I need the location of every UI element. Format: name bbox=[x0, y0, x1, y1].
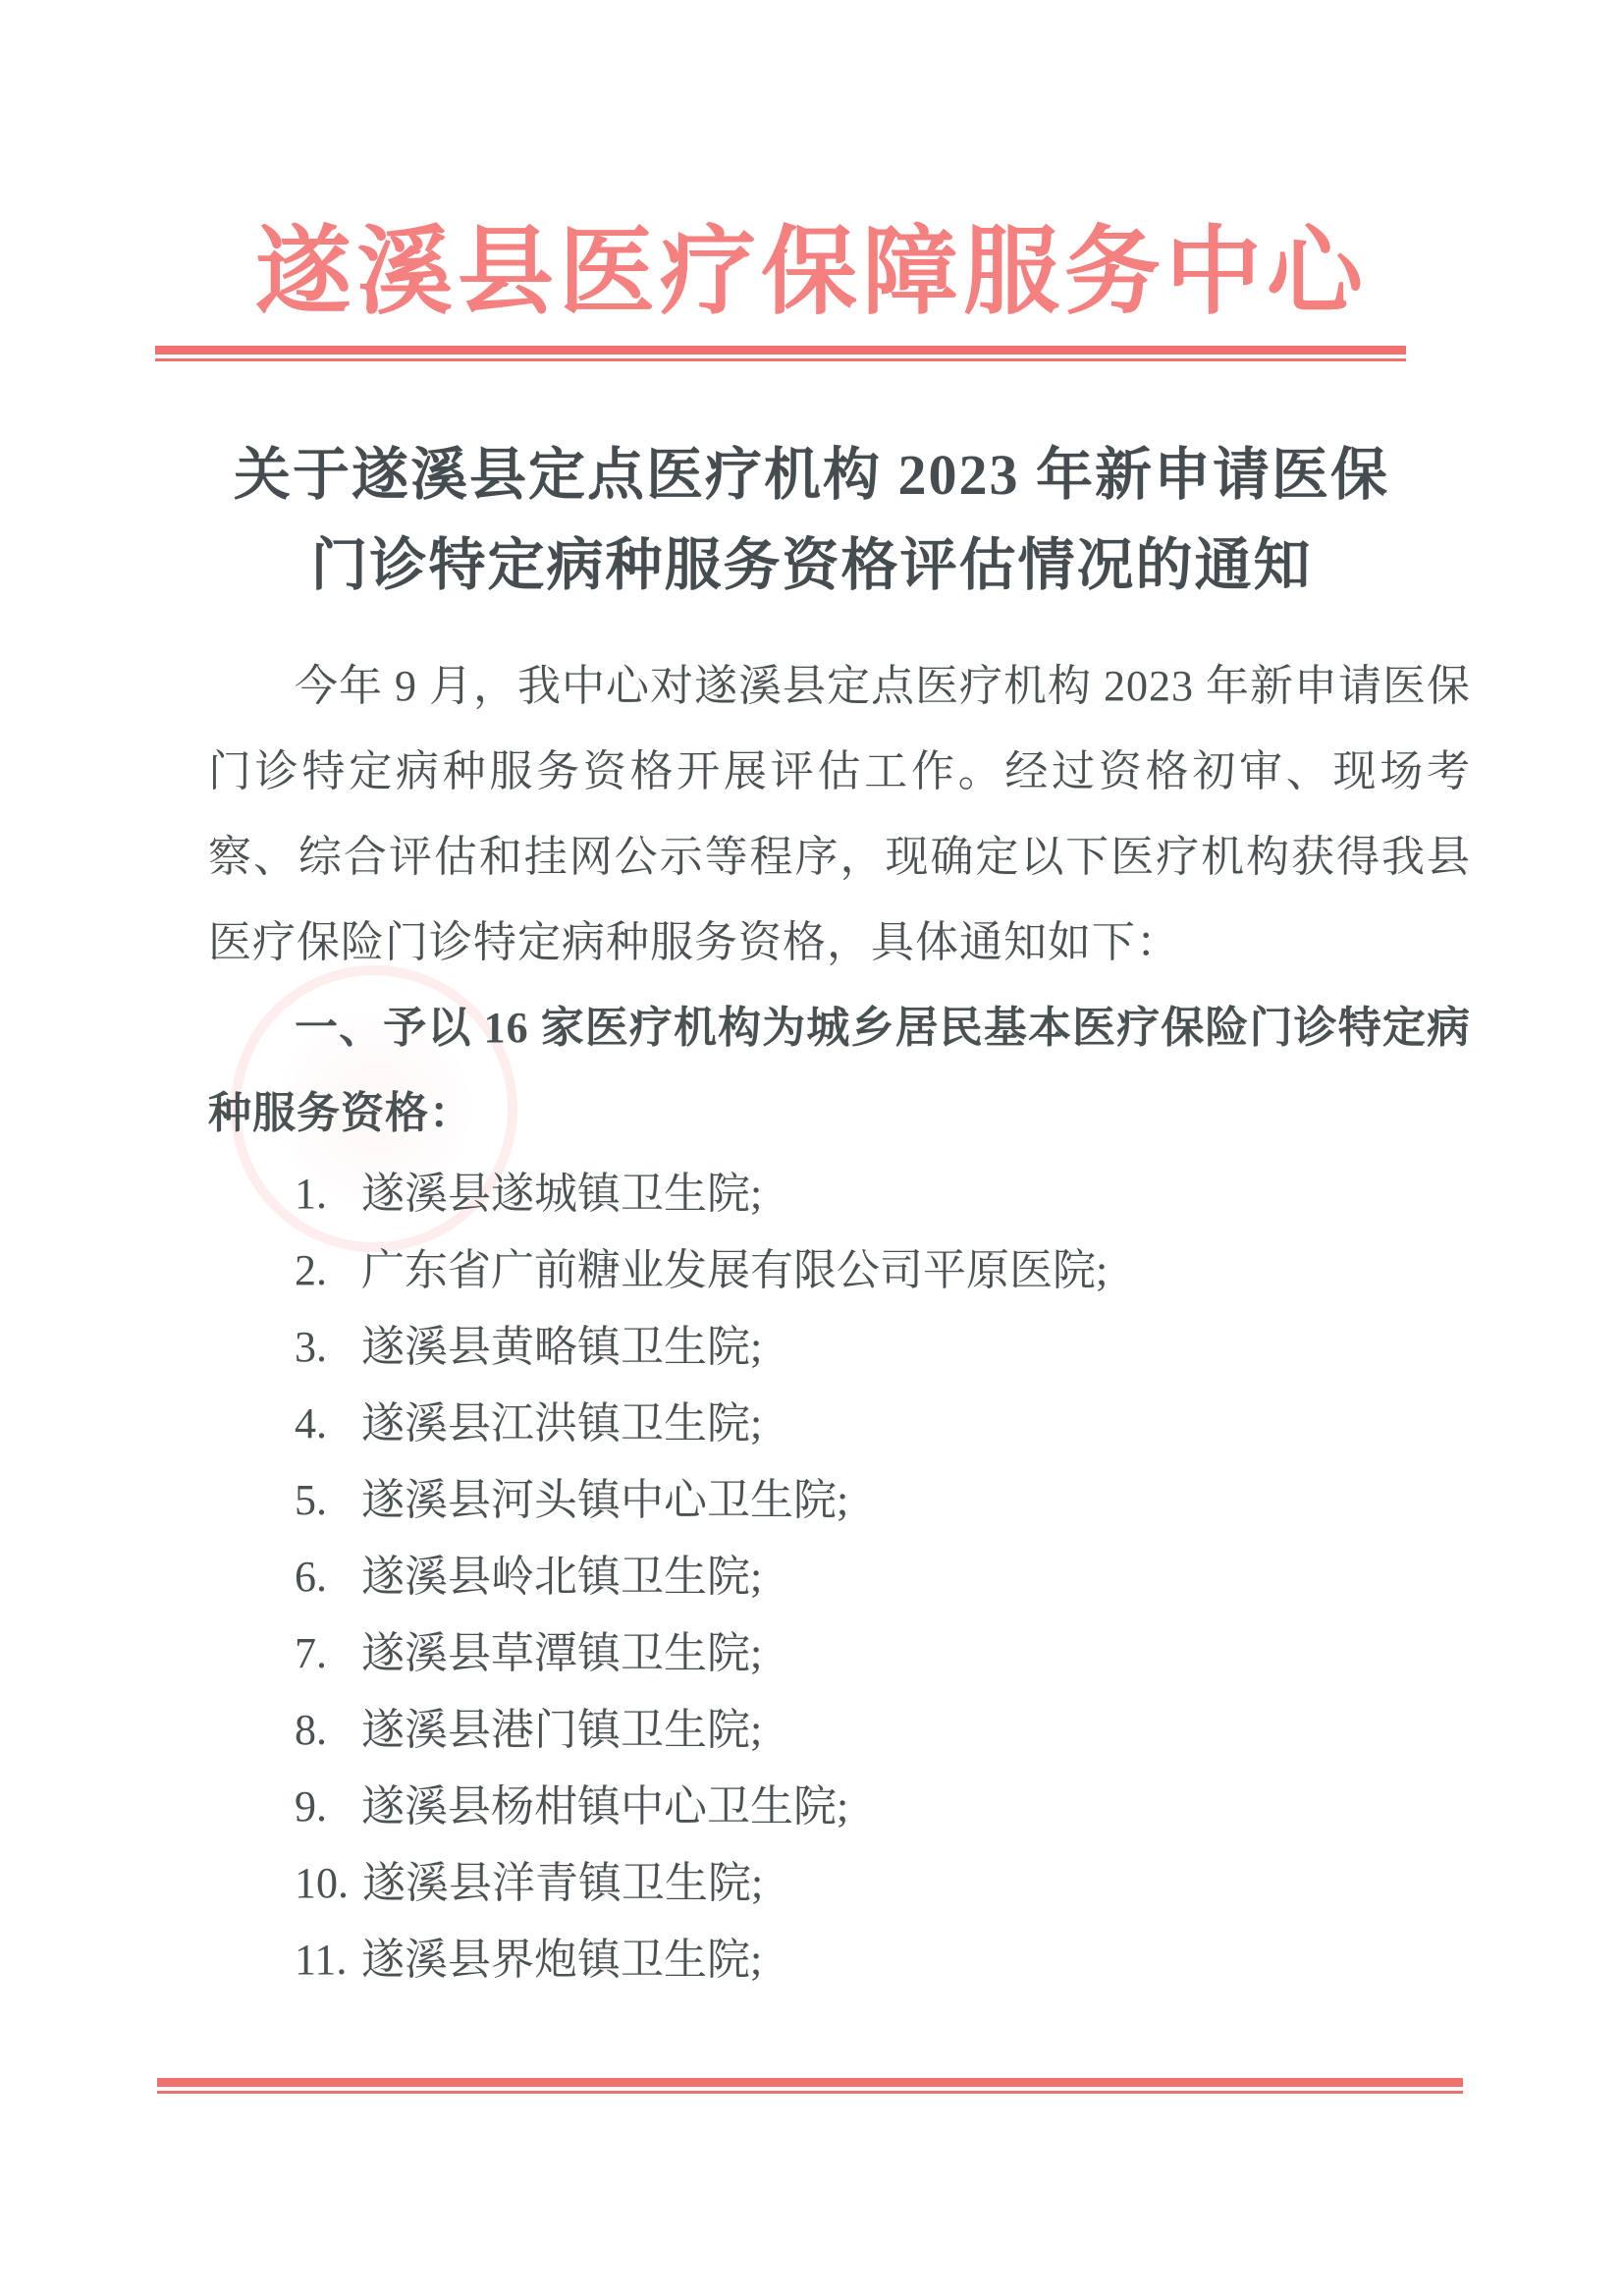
letterhead-divider-thin-line bbox=[155, 358, 1406, 361]
section-heading: 一、予以 16 家医疗机构为城乡居民基本医疗保险门诊特定病种服务资格： bbox=[208, 985, 1471, 1156]
institution-list-item: 1.遂溪县遂城镇卫生院; bbox=[295, 1156, 1471, 1232]
institution-name: 遂溪县遂城镇卫生院; bbox=[361, 1170, 762, 1218]
institution-name: 遂溪县岭北镇卫生院; bbox=[361, 1553, 762, 1601]
intro-paragraph: 今年 9 月，我中心对遂溪县定点医疗机构 2023 年新申请医保门诊特定病种服务… bbox=[208, 643, 1471, 985]
institution-list: 1.遂溪县遂城镇卫生院; 2.广东省广前糖业发展有限公司平原医院; 3.遂溪县黄… bbox=[208, 1156, 1471, 1998]
institution-name: 广东省广前糖业发展有限公司平原医院; bbox=[361, 1246, 1108, 1294]
notice-title-line1: 关于遂溪县定点医疗机构 2023 年新申请医保 bbox=[0, 430, 1623, 520]
institution-name: 遂溪县洋青镇卫生院; bbox=[362, 1859, 763, 1907]
institution-number: 5. bbox=[295, 1462, 348, 1539]
institution-name: 遂溪县界炮镇卫生院; bbox=[361, 1936, 762, 1984]
notice-title: 关于遂溪县定点医疗机构 2023 年新申请医保 门诊特定病种服务资格评估情况的通… bbox=[0, 430, 1623, 611]
institution-number: 7. bbox=[295, 1615, 348, 1692]
letterhead-divider bbox=[155, 346, 1406, 361]
institution-number: 10. bbox=[295, 1845, 349, 1922]
institution-list-item: 3.遂溪县黄略镇卫生院; bbox=[295, 1309, 1471, 1386]
institution-list-item: 8.遂溪县港门镇卫生院; bbox=[295, 1692, 1471, 1769]
institution-name: 遂溪县黄略镇卫生院; bbox=[361, 1323, 762, 1371]
institution-number: 1. bbox=[295, 1156, 348, 1232]
letterhead-org-name: 遂溪县医疗保障服务中心 bbox=[0, 194, 1623, 333]
notice-body: 今年 9 月，我中心对遂溪县定点医疗机构 2023 年新申请医保门诊特定病种服务… bbox=[208, 643, 1471, 1998]
institution-number: 9. bbox=[295, 1769, 348, 1845]
institution-list-item: 2.广东省广前糖业发展有限公司平原医院; bbox=[295, 1232, 1471, 1309]
institution-name: 遂溪县河头镇中心卫生院; bbox=[361, 1476, 848, 1524]
institution-name: 遂溪县港门镇卫生院; bbox=[361, 1706, 762, 1754]
institution-number: 3. bbox=[295, 1309, 348, 1386]
institution-number: 4. bbox=[295, 1386, 348, 1462]
institution-list-item: 10.遂溪县洋青镇卫生院; bbox=[295, 1845, 1471, 1922]
letterhead-divider-thick-line bbox=[155, 346, 1406, 355]
institution-name: 遂溪县江洪镇卫生院; bbox=[361, 1399, 762, 1448]
institution-number: 6. bbox=[295, 1539, 348, 1615]
document-page: 遂溪县医疗保障服务中心 关于遂溪县定点医疗机构 2023 年新申请医保 门诊特定… bbox=[0, 0, 1623, 2296]
institution-list-item: 9.遂溪县杨柑镇中心卫生院; bbox=[295, 1769, 1471, 1845]
institution-list-item: 4.遂溪县江洪镇卫生院; bbox=[295, 1386, 1471, 1462]
footer-divider-thin-line bbox=[157, 2091, 1463, 2094]
notice-title-line2: 门诊特定病种服务资格评估情况的通知 bbox=[0, 520, 1623, 611]
institution-name: 遂溪县杨柑镇中心卫生院; bbox=[361, 1782, 848, 1831]
institution-name: 遂溪县草潭镇卫生院; bbox=[361, 1629, 762, 1677]
institution-list-item: 7.遂溪县草潭镇卫生院; bbox=[295, 1615, 1471, 1692]
institution-list-item: 6.遂溪县岭北镇卫生院; bbox=[295, 1539, 1471, 1615]
institution-number: 11. bbox=[295, 1922, 348, 1998]
footer-divider-thick-line bbox=[157, 2078, 1463, 2087]
institution-number: 2. bbox=[295, 1232, 348, 1309]
footer-divider bbox=[157, 2078, 1463, 2094]
institution-list-item: 5.遂溪县河头镇中心卫生院; bbox=[295, 1462, 1471, 1539]
institution-number: 8. bbox=[295, 1692, 348, 1769]
institution-list-item: 11.遂溪县界炮镇卫生院; bbox=[295, 1922, 1471, 1998]
